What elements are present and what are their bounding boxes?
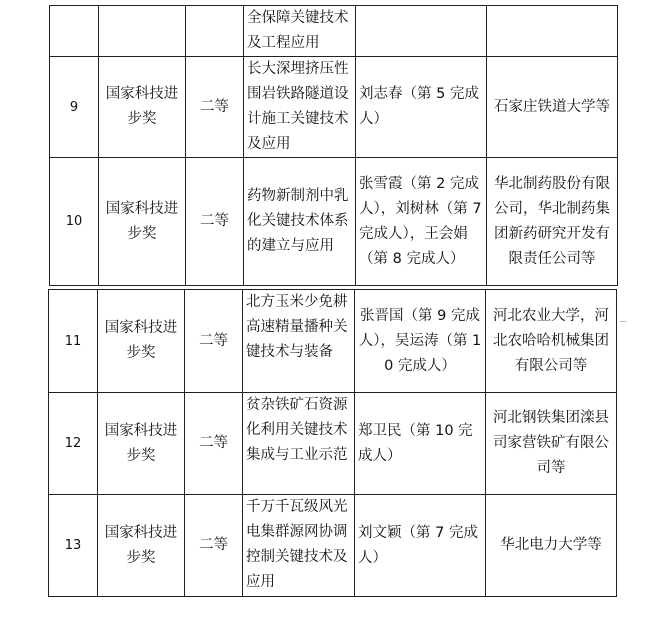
table-row: 11 国家科技进步奖 二等 北方玉米少免耕高速精量播种关键技术与装备 张晋国（第… bbox=[49, 290, 617, 393]
cell-project: 药物新制剂中乳化关键技术体系的建立与应用 bbox=[244, 158, 356, 286]
cell-project: 贫杂铁矿石资源化利用关键技术集成与工业示范 bbox=[243, 393, 355, 495]
cell-award: 国家科技进步奖 bbox=[98, 495, 185, 597]
cell-award: 国家科技进步奖 bbox=[99, 158, 186, 286]
cell-award: 国家科技进步奖 bbox=[99, 57, 186, 158]
cell-num: 10 bbox=[50, 158, 99, 286]
cell-persons bbox=[356, 6, 487, 57]
cell-num bbox=[50, 6, 99, 57]
cell-num: 13 bbox=[49, 495, 98, 597]
cell-project: 长大深埋挤压性围岩铁路隧道设计施工关键技术及应用 bbox=[244, 57, 356, 158]
cell-project: 北方玉米少免耕高速精量播种关键技术与装备 bbox=[243, 290, 355, 393]
cell-persons: 刘文颖（第 7 完成人） bbox=[355, 495, 486, 597]
table-row: 9 国家科技进步奖 二等 长大深埋挤压性围岩铁路隧道设计施工关键技术及应用 刘志… bbox=[50, 57, 618, 158]
cell-award: 国家科技进步奖 bbox=[98, 393, 185, 495]
table-row: 12 国家科技进步奖 二等 贫杂铁矿石资源化利用关键技术集成与工业示范 郑卫民（… bbox=[49, 393, 617, 495]
cell-persons: 郑卫民（第 10 完成人） bbox=[355, 393, 486, 495]
cell-grade: 二等 bbox=[186, 57, 244, 158]
cell-project: 千万千瓦级风光电集群源网协调控制关键技术及应用 bbox=[243, 495, 355, 597]
cell-grade: 二等 bbox=[185, 495, 243, 597]
cell-grade bbox=[186, 6, 244, 57]
cell-org: 华北制药股份有限公司，华北制药集团新药研究开发有限责任公司等 bbox=[487, 158, 618, 286]
cell-org: 石家庄铁道大学等 bbox=[487, 57, 618, 158]
cell-persons: 刘志春（第 5 完成人） bbox=[356, 57, 487, 158]
cell-num: 9 bbox=[50, 57, 99, 158]
cell-persons: 张雪霞（第 2 完成人），刘树林（第 7 完成人），王会娟（第 8 完成人） bbox=[356, 158, 487, 286]
page-edge-mark bbox=[620, 321, 626, 322]
cell-org: 华北电力大学等 bbox=[486, 495, 617, 597]
cell-project: 全保障关键技术及工程应用 bbox=[244, 6, 356, 57]
awards-table-bottom: 11 国家科技进步奖 二等 北方玉米少免耕高速精量播种关键技术与装备 张晋国（第… bbox=[48, 289, 617, 597]
awards-table-top: 全保障关键技术及工程应用 9 国家科技进步奖 二等 长大深埋挤压性围岩铁路隧道设… bbox=[49, 5, 618, 286]
cell-persons: 张晋国（第 9 完成人），吴运涛（第 10 完成人） bbox=[355, 290, 486, 393]
cell-grade: 二等 bbox=[185, 393, 243, 495]
cell-grade: 二等 bbox=[185, 290, 243, 393]
cell-grade: 二等 bbox=[186, 158, 244, 286]
table-row: 13 国家科技进步奖 二等 千万千瓦级风光电集群源网协调控制关键技术及应用 刘文… bbox=[49, 495, 617, 597]
table-row: 10 国家科技进步奖 二等 药物新制剂中乳化关键技术体系的建立与应用 张雪霞（第… bbox=[50, 158, 618, 286]
cell-num: 12 bbox=[49, 393, 98, 495]
table-row: 全保障关键技术及工程应用 bbox=[50, 6, 618, 57]
cell-org: 河北钢铁集团滦县司家营铁矿有限公司等 bbox=[486, 393, 617, 495]
cell-award: 国家科技进步奖 bbox=[98, 290, 185, 393]
cell-num: 11 bbox=[49, 290, 98, 393]
cell-org: 河北农业大学，河北农哈哈机械集团有限公司等 bbox=[486, 290, 617, 393]
cell-award bbox=[99, 6, 186, 57]
cell-org bbox=[487, 6, 618, 57]
